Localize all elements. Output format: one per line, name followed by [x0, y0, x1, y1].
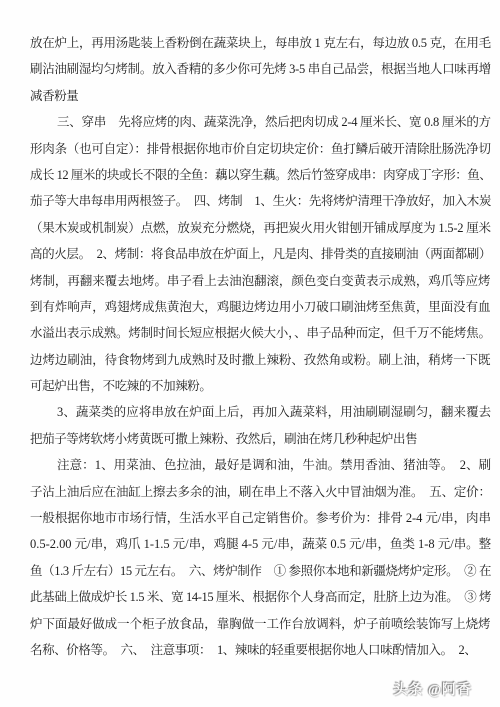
text-line: 子沾上油后应在油缸上擦去多余的油，刷在串上不落入火中冒油烟为准。 五、定价： [30, 479, 491, 505]
text-line: 0.5-2.00 元/串，鸡爪 1-1.5 元/串，鸡腿 4-5 元/串，蔬菜 … [30, 531, 491, 557]
text-line: 烤制，再翻来覆去地烤。串子看上去油泡翻滚，颜色变白变黄表示成熟，鸡爪等应烤 [30, 268, 491, 294]
text-line: 炉下面最好做成一个柜子放食品，靠胸做一工作台放调料，炉子前喷绘装饰写上烧烤 [30, 611, 491, 637]
text-line: 可起炉出售，不吃辣的不加辣粉。 [30, 373, 491, 399]
text-line: 此基础上做成炉长 1.5 米、宽 14-15 厘米、根据你个人身高而定，肚脐上边… [30, 584, 491, 610]
text-line: 一般根据你地市市场行情，生活水平自己定销售价。参考价为：排骨 2-4 元/串，肉… [30, 505, 491, 531]
text-line: 放在炉上，再用汤匙装上香粉倒在蔬菜块上，每串放 1 克左右，每边放 0.5 克，… [30, 30, 491, 56]
document-text-block: 放在炉上，再用汤匙装上香粉倒在蔬菜块上，每串放 1 克左右，每边放 0.5 克，… [30, 30, 491, 663]
text-line: 成长 12 厘米的块或长不限的全鱼：藕以穿生藕。然后竹签穿成串：肉穿成丁字形：鱼… [30, 162, 491, 188]
text-line: 形肉条（也可自定）：排骨根据你地市价自定切块定价：鱼打鳞后破开清除肚肠洗净切 [30, 136, 491, 162]
text-line: 减香粉量 [30, 83, 491, 109]
text-line: 三、穿串 先将应烤的肉、蔬菜洗净，然后把肉切成 2-4 厘米长、宽 0.8 厘米… [30, 109, 491, 135]
toutiao-watermark: 头条 @阿香 [393, 679, 472, 699]
text-line: 边烤边刷油，待食物烤到九成熟时及时撒上辣粉、孜然角或粉。刷上油，稍烤一下既 [30, 347, 491, 373]
text-line: 名称、价格等。 六、 注意事项： 1、辣味的轻重要根据你地人口味酌情加入。 2、 [30, 637, 491, 663]
text-line: 刷沾油刷湿均匀烤制。放入香精的多少你可先烤 3-5 串自己品尝，根据当地人口味再… [30, 56, 491, 82]
text-line: （果木炭或机制炭）点燃，放炭充分燃烧，再把炭火用火钳刨开铺成厚度为 1.5-2 … [30, 215, 491, 241]
text-line: 注意：1、用菜油、色拉油，最好是调和油，牛油。禁用香油、猪油等。 2、刷 [30, 452, 491, 478]
text-line: 茄子等大串每串用两根签子。 四、烤制 1、生火：先将烤炉清理干净放好，加入木炭 [30, 188, 491, 214]
text-line: 3、蔬菜类的应将串放在炉面上后，再加入蔬菜料，用油刷刷湿刷匀，翻来覆去 [30, 399, 491, 425]
text-line: 水溢出表示成熟。烤制时间长短应根据火候大小，、串子品种而定，但千万不能烤焦。 [30, 320, 491, 346]
text-line: 鱼（1.3 斤左右）15 元左右。 六、烤炉制作 ① 参照你本地和新疆烧烤炉定形… [30, 558, 491, 584]
document-page: 放在炉上，再用汤匙装上香粉倒在蔬菜块上，每串放 1 克左右，每边放 0.5 克，… [0, 0, 500, 707]
text-line: 高的火层。 2、烤制：将食品串放在炉面上，凡是肉、排骨类的直接刷油（两面都刷） [30, 241, 491, 267]
text-line: 到有炸响声，鸡翅烤成焦黄泡大，鸡腿边烤边用小刀破口刷油烤至焦黄，里面没有血 [30, 294, 491, 320]
text-line: 把茄子等烤软烤小烤黄既可撒上辣粉、孜然后，刷油在烤几秒种起炉出售 [30, 426, 491, 452]
